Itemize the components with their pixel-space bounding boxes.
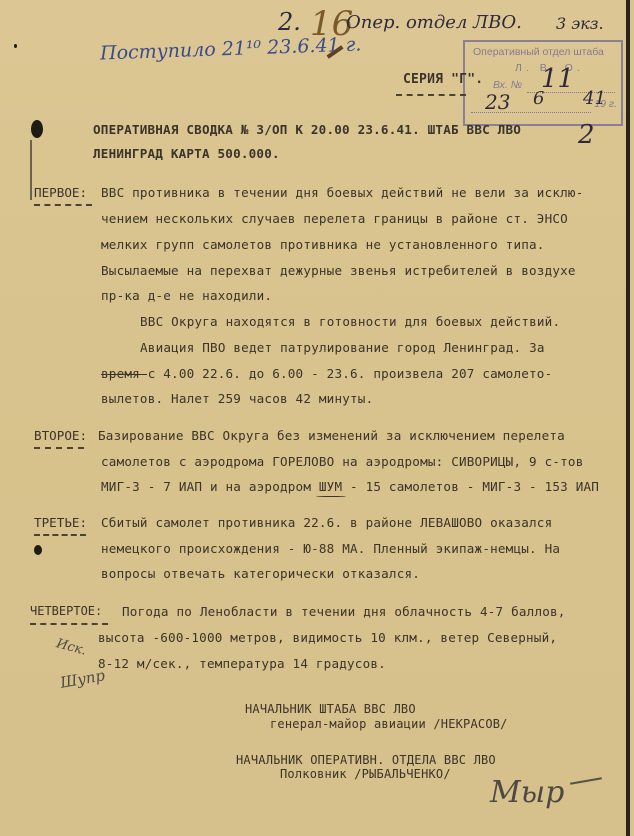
section-second-line-3: МИГ-3 - 7 ИАП и на аэродром ШУМ - 15 сам…	[101, 479, 599, 494]
stamp-line-1: Оперативный отдел штаба	[473, 46, 604, 58]
signature-1-title: НАЧАЛЬНИК ШТАБА ВВС ЛВО	[245, 702, 416, 716]
section-label-fourth: ЧЕТВЕРТОЕ:	[30, 604, 102, 618]
stamp-number: 11	[541, 64, 574, 94]
stamp-year: 41	[583, 88, 606, 109]
readiness-line-2: Авиация ПВО ведет патрулирование город Л…	[140, 340, 545, 355]
section-first-line-3: мелких групп самолетов противника не уст…	[101, 237, 545, 252]
section-underline	[30, 623, 108, 625]
strikethrough	[101, 374, 147, 375]
document-title-line-2: ЛЕНИНГРАД КАРТА 500.000.	[93, 146, 280, 161]
section-third-line-2: немецкого происхождения - Ю-88 МА. Пленн…	[101, 541, 560, 556]
section-second-line-2: самолетов с аэродрома ГОРЕЛОВО на аэродр…	[101, 454, 584, 469]
signature-2-name: Полковник /РЫБАЛЬЧЕНКО/	[280, 767, 451, 781]
stamp-month: 6	[533, 88, 544, 109]
registration-stamp: Оперативный отдел штаба Л. В. О. Вх. № 1…	[463, 40, 623, 126]
section-first-line-1: ВВС противника в течении дня боевых дейс…	[101, 185, 584, 200]
section-first-line-4: Высылаемые на перехват дежурные звенья и…	[101, 263, 576, 278]
ink-blot	[34, 545, 42, 555]
signature-1-name: генерал-майор авиации /НЕКРАСОВ/	[270, 717, 508, 731]
section-third-line-3: вопросы отвечать категорически отказался…	[101, 566, 420, 581]
margin-mark-2: 2	[578, 120, 595, 150]
underline-mark	[316, 496, 346, 497]
department-note: Опер. отдел ЛВО.	[346, 12, 522, 33]
section-label-first: ПЕРВОЕ:	[34, 185, 87, 200]
paper-tear	[30, 140, 32, 200]
copies-note: 3 экз.	[556, 14, 604, 33]
signature-2-title: НАЧАЛЬНИК ОПЕРАТИВН. ОТДЕЛА ВВС ЛВО	[236, 753, 496, 767]
section-label-second: ВТОРОЕ:	[34, 428, 87, 443]
page-number-2: 2.	[278, 8, 301, 36]
ink-blot	[31, 120, 43, 138]
section-fourth-line-2: высота -600-1000 метров, видимость 10 кл…	[98, 630, 557, 645]
readiness-line-3: время с 4.00 22.6. до 6.00 - 23.6. произ…	[101, 366, 552, 381]
document-title-line-1: ОПЕРАТИВНАЯ СВОДКА № 3/ОП К 20.00 23.6.4…	[93, 122, 521, 137]
margin-note-1: Иск.	[55, 636, 88, 658]
stamp-day: 23	[485, 90, 510, 114]
section-underline	[34, 447, 84, 449]
section-fourth-line-1: Погода по Ленобласти в течении дня облач…	[122, 604, 566, 619]
signature-stroke	[570, 777, 602, 785]
margin-note-2: Шупр	[59, 666, 107, 692]
section-first-line-2: чением нескольких случаев перелета грани…	[101, 211, 568, 226]
section-label-third: ТРЕТЬЕ:	[34, 515, 87, 530]
section-second-line-1: Базирование ВВС Округа без изменений за …	[98, 428, 565, 443]
section-third-line-1: Сбитый самолет противника 22.6. в районе…	[101, 515, 552, 530]
scan-edge	[626, 0, 630, 836]
section-underline	[34, 534, 86, 536]
handwritten-signature: Мыр	[490, 775, 564, 810]
document-page: Поступило 21¹⁰ 23.6.41 г. 2. 16 Опер. от…	[0, 0, 630, 836]
readiness-line-4: вылетов. Налет 259 часов 42 минуты.	[101, 391, 373, 406]
section-fourth-line-3: 8-12 м/сек., температура 14 градусов.	[98, 656, 386, 671]
ink-blot	[14, 44, 17, 48]
series-label: СЕРИЯ "Г".	[403, 72, 483, 87]
section-underline	[34, 204, 92, 206]
readiness-line-1: ВВС Округа находятся в готовности для бо…	[140, 314, 560, 329]
section-first-line-5: пр-ка д-е не находили.	[101, 288, 272, 303]
series-underline	[396, 94, 466, 96]
